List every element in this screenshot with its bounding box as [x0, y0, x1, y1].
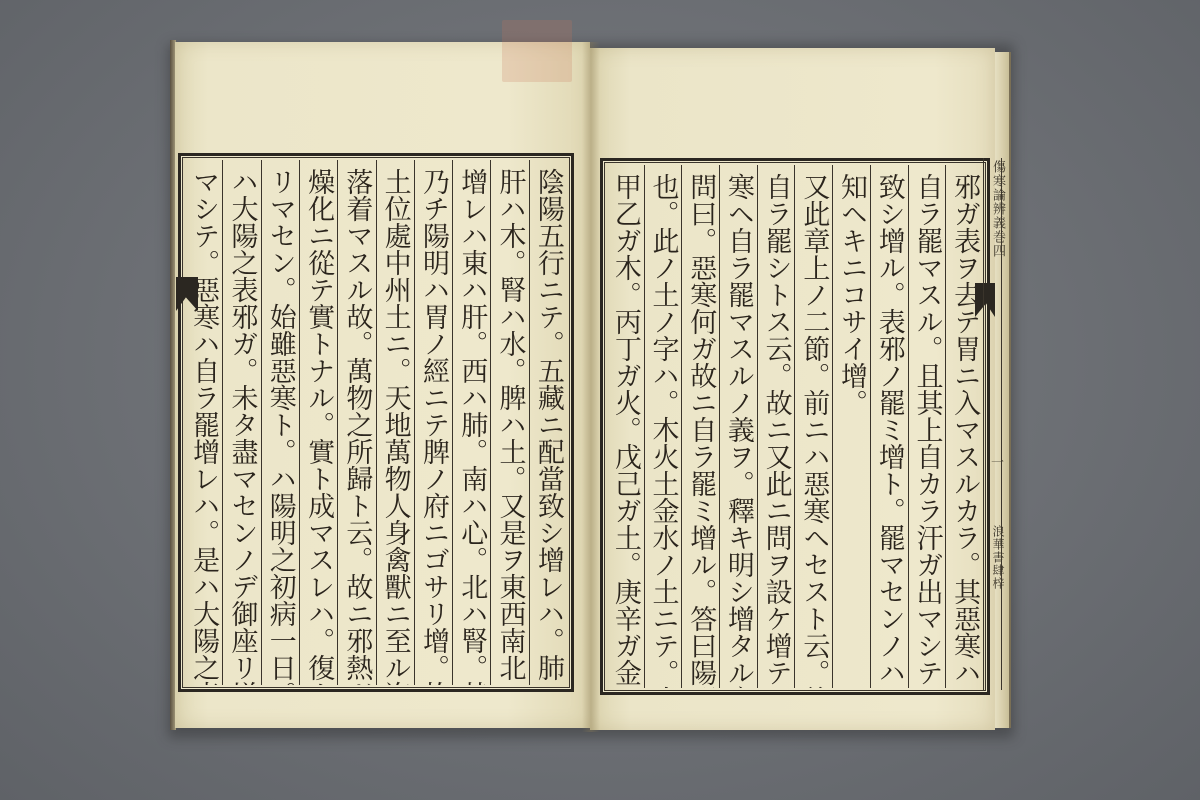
text-column: マシテ。惡寒ハ自ラ罷增レハ。是ハ大陽之表邪ガ。悉ク陽 [185, 160, 222, 685]
column-text: 又此章上ノ二節。前ニハ惡寒ヘセスト云。後ニハ惡寒 [800, 173, 827, 688]
left-text-frame: 陰陽五行ニテ。五藏ニ配當致シ增レハ。肺ハ金。心ハ火。 肝ハ木。腎ハ水。脾ハ土。又… [178, 153, 574, 692]
text-column: 甲乙ガ木。丙丁ガ火。戊己ガ土。庚辛ガ金。壬癸ガ水。又此ヲ [607, 165, 644, 688]
text-column: 自ラ罷マスル。且其上自カラ汗ガ出マシテ。而惡熱 [908, 165, 946, 688]
book-gutter [582, 42, 600, 732]
column-text: 致シ增ル。表邪ノ罷ミ增ト。罷マセンノハ。此ニ於テ考ヘ [876, 173, 903, 688]
column-text: 落着マスル故。萬物之所歸ト云。故ニ邪熱ガ胃ニ落込ニ。 [343, 168, 370, 685]
column-text: 也。此ノ土ノ字ハ。木火土金水ノ土ニテ。十干ニ割付增レハ。 [650, 173, 677, 688]
left-columns: 陰陽五行ニテ。五藏ニ配當致シ增レハ。肺ハ金。心ハ火。 肝ハ木。腎ハ水。脾ハ土。又… [185, 160, 567, 685]
text-column: 問曰。惡寒何ガ故ニ自ラ罷ミ增ル。答曰陽明居中主土 [681, 165, 719, 688]
book-title: 傷寒論辨義 [990, 160, 1005, 230]
text-column: 增レハ東ハ肝。西ハ肺。南ハ心。北ハ腎。其ノ中央ハ脾胃也。 [452, 160, 490, 685]
column-text: 甲乙ガ木。丙丁ガ火。戊己ガ土。庚辛ガ金。壬癸ガ水。又此ヲ [612, 173, 639, 688]
folio-number: 一 [986, 455, 1005, 468]
text-column: 寒ヘ自ラ罷マスルノ義ヲ。釋キ明シ增タル章ニコサイ增。 [719, 165, 757, 688]
right-text-frame: 邪ガ表ヲ去テ胃ニ入マスルカラ。其惡寒ハキツト 自ラ罷マスル。且其上自カラ汗ガ出マ… [600, 158, 990, 695]
spine-title: 傷寒論辨義巻四 [984, 160, 1004, 258]
text-column: 土位處中州土ニ。天地萬物人身禽獸ニ至ル迄皆土中ニ [376, 160, 414, 685]
text-column: 邪ガ表ヲ去テ胃ニ入マスルカラ。其惡寒ハキツト [945, 165, 983, 688]
watermark-stamp [502, 20, 572, 82]
column-text: マシテ。惡寒ハ自ラ罷增レハ。是ハ大陽之表邪ガ。悉ク陽 [190, 168, 217, 685]
text-column: 陰陽五行ニテ。五藏ニ配當致シ增レハ。肺ハ金。心ハ火。 [529, 160, 567, 685]
text-column: 知ヘキニコサイ增。 [832, 165, 870, 688]
column-text: 問曰。惡寒何ガ故ニ自ラ罷ミ增ル。答曰陽明居中主土 [687, 173, 714, 688]
text-column: 也。此ノ土ノ字ハ。木火土金水ノ土ニテ。十干ニ割付增レハ。 [644, 165, 682, 688]
text-column: 落着マスル故。萬物之所歸ト云。故ニ邪熱ガ胃ニ落込ニ。 [337, 160, 375, 685]
column-text: 寒ヘ自ラ罷マスルノ義ヲ。釋キ明シ增タル章ニコサイ增。 [725, 173, 752, 688]
text-column: 又此章上ノ二節。前ニハ惡寒ヘセスト云。後ニハ惡寒 [794, 165, 832, 688]
text-column: 肝ハ木。腎ハ水。脾ハ土。又是ヲ東西南北ニ配當致シ [490, 160, 528, 685]
volume-number: 巻四 [990, 230, 1005, 258]
column-text: 自ラ罷マスル。且其上自カラ汗ガ出マシテ。而惡熱 [913, 173, 940, 688]
text-column: 自ラ罷シトス云。故ニ又此ニ問ヲ設ケ增テ。以テ惡 [757, 165, 795, 688]
text-column: 致シ增ル。表邪ノ罷ミ增ト。罷マセンノハ。此ニ於テ考ヘ [870, 165, 908, 688]
right-columns: 邪ガ表ヲ去テ胃ニ入マスルカラ。其惡寒ハキツト 自ラ罷マスル。且其上自カラ汗ガ出マ… [607, 165, 983, 688]
column-text: ハ大陽之表邪ガ。未タ盡マセンノデ御座リ增。二日ニ至リ [228, 168, 255, 685]
column-text: 乃チ陽明ハ胃ノ經ニテ脾ノ府ニゴサリ增。故ニ胃ハ爲戊 [420, 168, 447, 685]
column-text: 邪ガ表ヲ去テ胃ニ入マスルカラ。其惡寒ハキツト [951, 173, 978, 688]
column-text: 陰陽五行ニテ。五藏ニ配當致シ增レハ。肺ハ金。心ハ火。 [535, 168, 562, 685]
column-text: 肝ハ木。腎ハ水。脾ハ土。又是ヲ東西南北ニ配當致シ [497, 168, 524, 685]
text-column: リマセン。始雖惡寒ト。ハ陽明之初病一日。雖仍惡寒是 [261, 160, 299, 685]
column-text: 知ヘキニコサイ增。 [838, 173, 865, 688]
column-text: リマセン。始雖惡寒ト。ハ陽明之初病一日。雖仍惡寒是 [267, 168, 294, 685]
column-text: 增レハ東ハ肝。西ハ肺。南ハ心。北ハ腎。其ノ中央ハ脾胃也。 [458, 168, 485, 685]
text-column: ハ大陽之表邪ガ。未タ盡マセンノデ御座リ增。二日ニ至リ [222, 160, 260, 685]
publisher-mark: 浪華書肆梓 [984, 525, 1004, 590]
text-column: 乃チ陽明ハ胃ノ經ニテ脾ノ府ニゴサリ增。故ニ胃ハ爲戊 [414, 160, 452, 685]
column-text: 土位處中州土ニ。天地萬物人身禽獸ニ至ル迄皆土中ニ [382, 168, 409, 685]
text-column: 燥化ニ從テ實トナル。實ト成マスレハ。復タ傳ル所ガ御座 [299, 160, 337, 685]
column-text: 燥化ニ從テ實トナル。實ト成マスレハ。復タ傳ル所ガ御座 [305, 168, 332, 685]
page-stack-edge [995, 52, 1011, 728]
column-text: 自ラ罷シトス云。故ニ又此ニ問ヲ設ケ增テ。以テ惡 [763, 173, 790, 688]
